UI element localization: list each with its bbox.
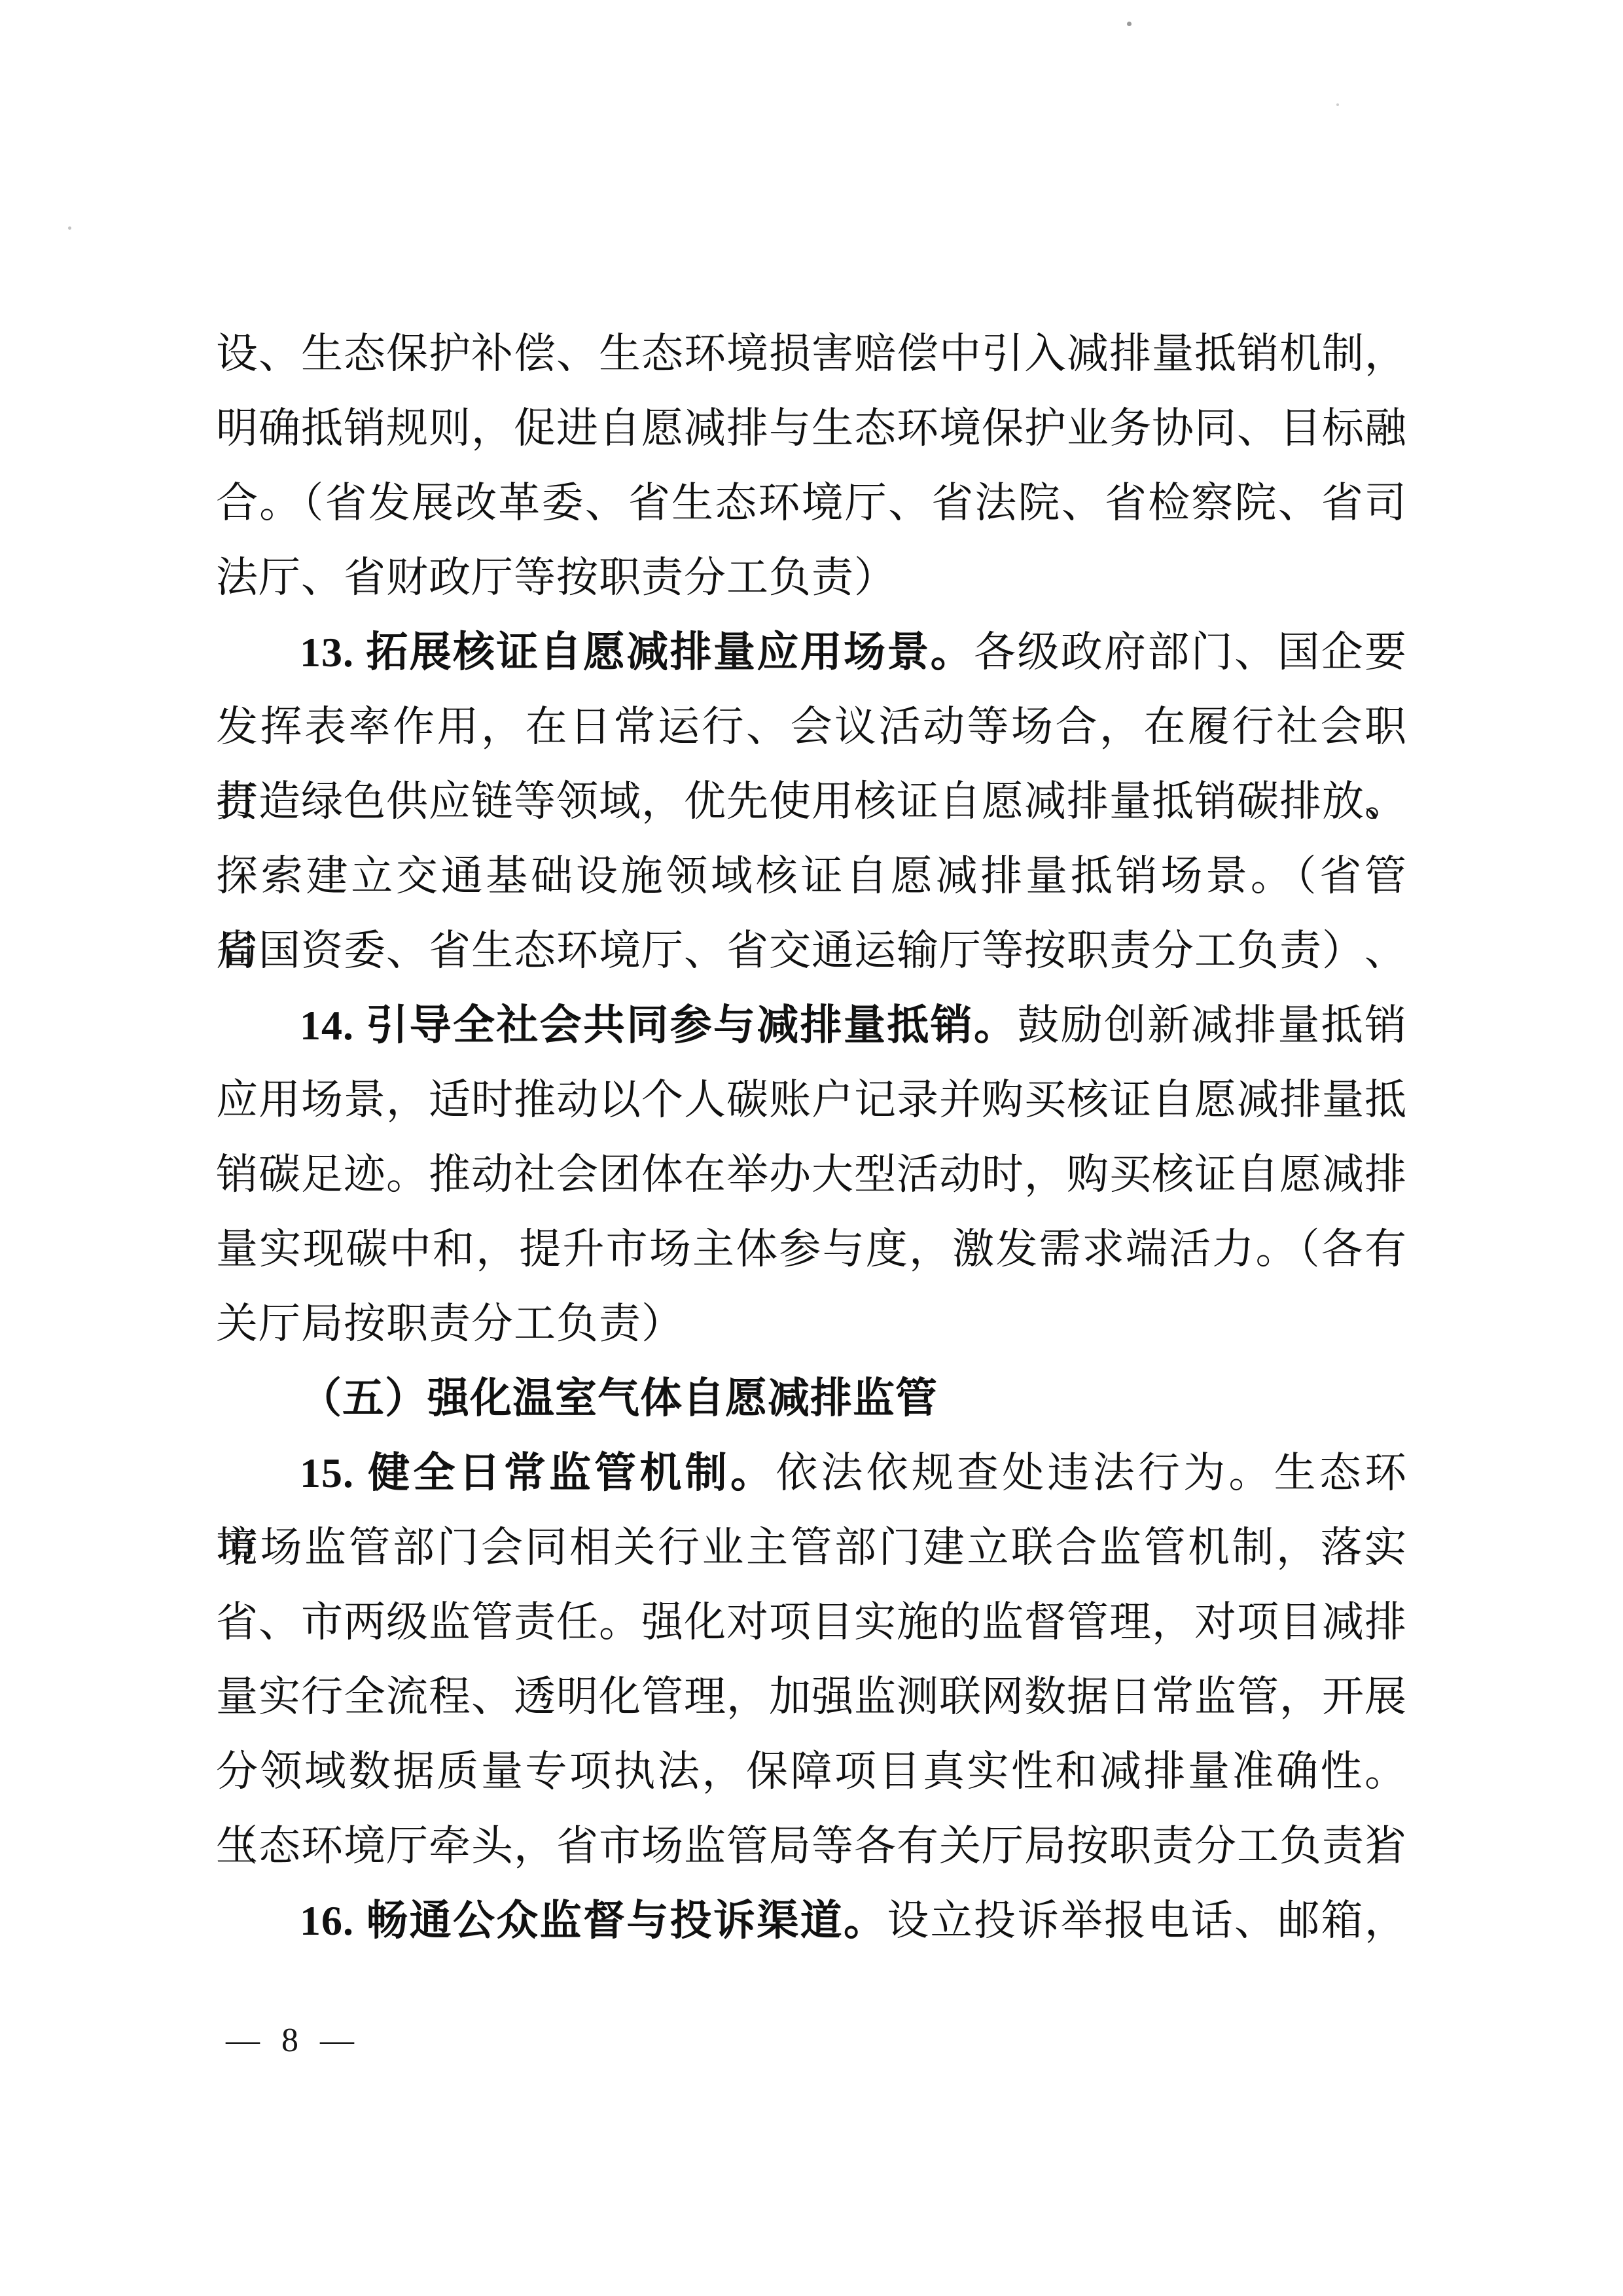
body-text: 市场监管部门会同相关行业主管部门建立联合监管机制，落实 <box>216 1524 1407 1571</box>
page-number: — 8 — <box>226 2021 361 2060</box>
text-line: 法厅、省财政厅等按职责分工负责） <box>216 541 1407 615</box>
text-line: 省国资委、省生态环境厅、省交通运输厅等按职责分工负责） <box>216 914 1407 988</box>
text-line: 销碳足迹。推动社会团体在举办大型活动时，购买核证自愿减排 <box>216 1138 1407 1212</box>
item-13-heading: 13. 拓展核证自愿减排量应用场景。 <box>300 629 974 675</box>
text-line-item-14: 14. 引导全社会共同参与减排量抵销。鼓励创新减排量抵销 <box>216 988 1407 1063</box>
text-line-item-13: 13. 拓展核证自愿减排量应用场景。各级政府部门、国企要 <box>216 615 1407 690</box>
text-line: 市场监管部门会同相关行业主管部门建立联合监管机制，落实 <box>216 1511 1407 1585</box>
text-line: 关厅局按职责分工负责） <box>216 1287 1407 1361</box>
scan-speck <box>1336 103 1339 106</box>
scan-speck <box>68 226 71 230</box>
text-line: 量实行全流程、透明化管理，加强监测联网数据日常监管，开展 <box>216 1660 1407 1734</box>
text-line-item-15: 15. 健全日常监管机制。依法依规查处违法行为。生态环境、 <box>216 1436 1407 1511</box>
text-line: 省、市两级监管责任。强化对项目实施的监督管理，对项目减排 <box>216 1585 1407 1660</box>
body-text: 量实行全流程、透明化管理，加强监测联网数据日常监管，开展 <box>216 1674 1407 1720</box>
body-text: 关厅局按职责分工负责） <box>216 1300 684 1347</box>
section-5-heading-line: （五）强化温室气体自愿减排监管 <box>216 1361 1407 1436</box>
body-text: 设立投诉举报电话、邮箱， <box>887 1897 1407 1944</box>
body-text: 明确抵销规则，促进自愿减排与生态环境保护业务协同、目标融 <box>216 405 1407 452</box>
section-5-heading: （五）强化温室气体自愿减排监管 <box>300 1375 938 1422</box>
text-line: 应用场景，适时推动以个人碳账户记录并购买核证自愿减排量抵 <box>216 1063 1407 1138</box>
text-line-item-16: 16. 畅通公众监督与投诉渠道。设立投诉举报电话、邮箱， <box>216 1884 1407 1958</box>
item-16-heading: 16. 畅通公众监督与投诉渠道。 <box>300 1897 887 1944</box>
body-text: 省国资委、省生态环境厅、省交通运输厅等按职责分工负责） <box>216 927 1364 974</box>
text-line: 生态环境厅牵头，省市场监管局等各有关厅局按职责分工负责） <box>216 1809 1407 1884</box>
body-text: 合。（省发展改革委、省生态环境厅、省法院、省检察院、省司 <box>216 480 1407 526</box>
body-text: 量实现碳中和，提升市场主体参与度，激发需求端活力。（各有 <box>216 1226 1407 1272</box>
body-text: 生态环境厅牵头，省市场监管局等各有关厅局按职责分工负责） <box>216 1823 1407 1869</box>
body-text: 设、生态保护补偿、生态环境损害赔偿中引入减排量抵销机制， <box>216 331 1407 377</box>
text-line: 分领域数据质量专项执法，保障项目真实性和减排量准确性。（省 <box>216 1734 1407 1809</box>
item-14-heading: 14. 引导全社会共同参与减排量抵销。 <box>300 1002 1017 1049</box>
body-text: 各级政府部门、国企要 <box>974 629 1407 675</box>
text-line: 设、生态保护补偿、生态环境损害赔偿中引入减排量抵销机制， <box>216 317 1407 391</box>
text-line: 探索建立交通基础设施领域核证自愿减排量抵销场景。（省管局、 <box>216 839 1407 914</box>
document-page: 设、生态保护补偿、生态环境损害赔偿中引入减排量抵销机制， 明确抵销规则，促进自愿… <box>0 0 1623 2296</box>
body-text: 鼓励创新减排量抵销 <box>1017 1002 1407 1049</box>
body-text: 法厅、省财政厅等按职责分工负责） <box>216 554 897 601</box>
text-line: 量实现碳中和，提升市场主体参与度，激发需求端活力。（各有 <box>216 1212 1407 1287</box>
document-body: 设、生态保护补偿、生态环境损害赔偿中引入减排量抵销机制， 明确抵销规则，促进自愿… <box>216 317 1407 1958</box>
body-text: 打造绿色供应链等领域，优先使用核证自愿减排量抵销碳排放。 <box>216 778 1407 825</box>
text-line: 合。（省发展改革委、省生态环境厅、省法院、省检察院、省司 <box>216 466 1407 541</box>
body-text: 应用场景，适时推动以个人碳账户记录并购买核证自愿减排量抵 <box>216 1077 1407 1123</box>
text-line: 打造绿色供应链等领域，优先使用核证自愿减排量抵销碳排放。 <box>216 764 1407 839</box>
body-text: 省、市两级监管责任。强化对项目实施的监督管理，对项目减排 <box>216 1599 1407 1645</box>
body-text: 销碳足迹。推动社会团体在举办大型活动时，购买核证自愿减排 <box>216 1151 1407 1198</box>
text-line: 发挥表率作用，在日常运行、会议活动等场合，在履行社会职责、 <box>216 690 1407 764</box>
text-line: 明确抵销规则，促进自愿减排与生态环境保护业务协同、目标融 <box>216 391 1407 466</box>
scan-speck <box>1127 22 1132 26</box>
item-15-heading: 15. 健全日常监管机制。 <box>300 1450 776 1496</box>
